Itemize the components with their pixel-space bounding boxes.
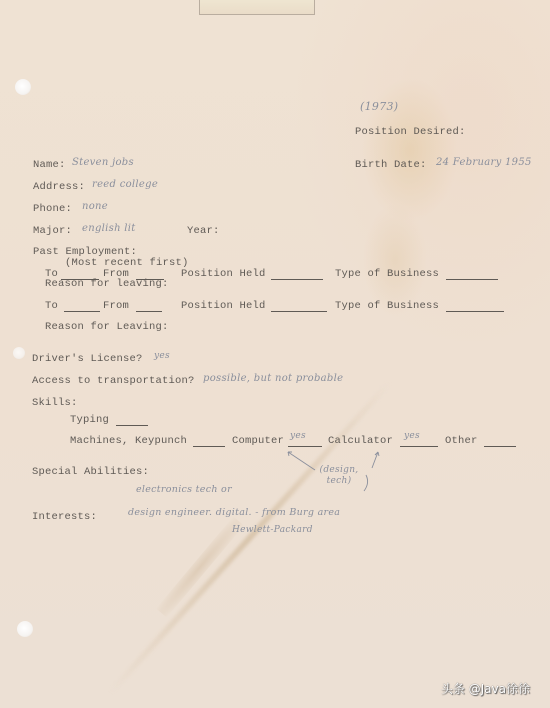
interests-value-line2: Hewlett-Packard xyxy=(232,525,313,535)
application-form-page: (1973) Position Desired: Name: Steven jo… xyxy=(0,0,550,708)
annotation-arrows xyxy=(0,0,550,708)
watermark: 头条 @Java徐徐 xyxy=(441,680,530,697)
special-abilities-value: electronics tech or xyxy=(136,484,232,495)
special-abilities-label: Special Abilities: xyxy=(32,466,149,478)
interests-value-line1: design engineer. digital. - from Burg ar… xyxy=(128,507,340,518)
interests-label: Interests: xyxy=(32,511,97,523)
